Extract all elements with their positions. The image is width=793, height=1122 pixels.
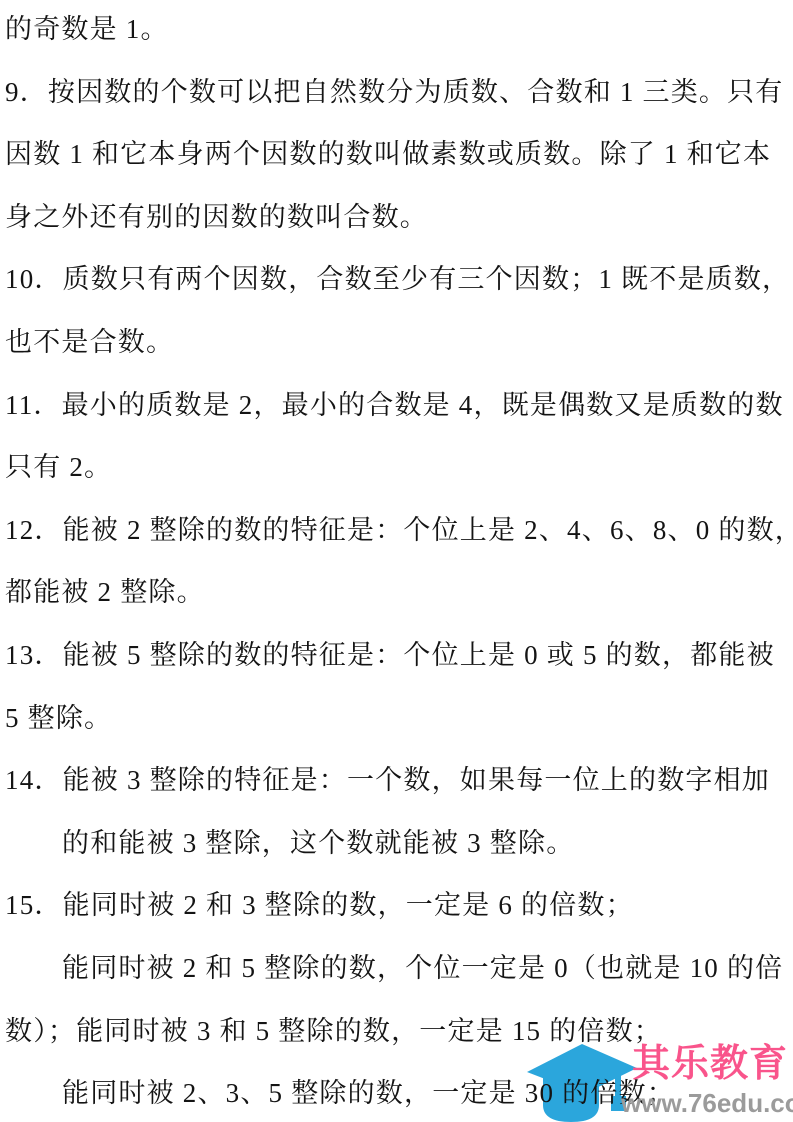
text-line-item11: 11．最小的质数是 2，最小的合数是 4，既是偶数又是质数的数 <box>5 374 793 437</box>
text-line-item9: 9．按因数的个数可以把自然数分为质数、合数和 1 三类。只有 <box>5 61 793 124</box>
watermark-url-text: www.76edu.com <box>621 1089 793 1117</box>
text-line: 只有 2。 <box>5 436 793 499</box>
document-body: 的奇数是 1。 9．按因数的个数可以把自然数分为质数、合数和 1 三类。只有 因… <box>5 0 793 1122</box>
text-line-item15: 15．能同时被 2 和 3 整除的数，一定是 6 的倍数； <box>5 874 793 937</box>
text-line: 都能被 2 整除。 <box>5 561 793 624</box>
text-line-item12: 12．能被 2 整除的数的特征是：个位上是 2、4、6、8、0 的数， <box>5 499 793 562</box>
text-line: 数）；能同时被 3 和 5 整除的数，一定是 15 的倍数； <box>5 1000 793 1063</box>
text-line-continuation: 的奇数是 1。 <box>5 0 793 61</box>
text-line: 因数 1 和它本身两个因数的数叫做素数或质数。除了 1 和它本 <box>5 123 793 186</box>
text-line-item13: 13．能被 5 整除的数的特征是：个位上是 0 或 5 的数，都能被 <box>5 624 793 687</box>
text-line: 能同时被 2 和 5 整除的数，个位一定是 0（也就是 10 的倍 <box>5 937 793 1000</box>
text-line-item10: 10．质数只有两个因数，合数至少有三个因数；1 既不是质数， <box>5 248 793 311</box>
text-line: 也不是合数。 <box>5 311 793 374</box>
text-line: 5 整除。 <box>5 687 793 750</box>
text-line-item14: 14．能被 3 整除的特征是：一个数，如果每一位上的数字相加 <box>5 749 793 812</box>
text-line: 的和能被 3 整除，这个数就能被 3 整除。 <box>5 812 793 875</box>
text-line: 身之外还有别的因数的数叫合数。 <box>5 186 793 249</box>
